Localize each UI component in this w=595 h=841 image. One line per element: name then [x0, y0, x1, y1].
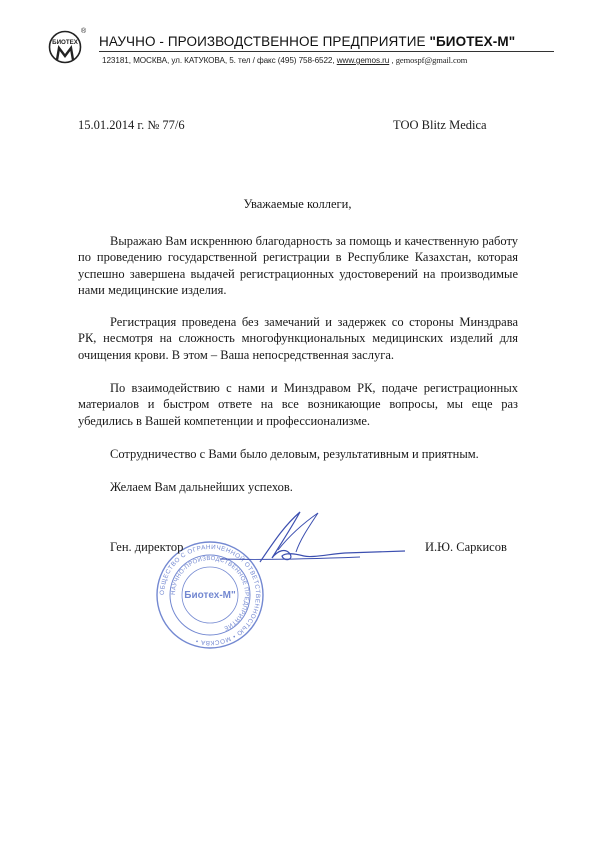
address: 123181, МОСКВА, ул. КАТУКОВА, 5. тел / ф…	[102, 56, 337, 65]
registered-mark: ®	[81, 28, 86, 35]
signature-scribble-icon	[220, 510, 410, 570]
salutation: Уважаемые коллеги,	[0, 197, 595, 212]
body-paragraph: По взаимодействию с нами и Минздравом РК…	[78, 380, 518, 429]
letterhead-divider	[99, 51, 554, 52]
body-paragraph: Сотрудничество с Вами было деловым, резу…	[78, 446, 518, 462]
email-address[interactable]: gemospf@gmail.com	[396, 55, 468, 65]
recipient: ТОО Blitz Medica	[393, 118, 487, 133]
body-paragraph: Регистрация проведена без замечаний и за…	[78, 314, 518, 363]
svg-text:БИОТЕХ: БИОТЕХ	[52, 39, 79, 46]
brand-name: "БИОТЕХ-М"	[429, 34, 515, 49]
svg-text:Биотех-М": Биотех-М"	[184, 590, 236, 601]
contact-line: 123181, МОСКВА, ул. КАТУКОВА, 5. тел / ф…	[102, 55, 467, 65]
body-paragraph: Выражаю Вам искреннюю благодарность за п…	[78, 233, 518, 298]
signatory-title: Ген. директор	[110, 540, 183, 555]
letterhead: БИОТЕХ ® НАУЧНО - ПРОИЗВОДСТВЕННОЕ ПРЕДП…	[44, 28, 554, 73]
body-paragraph: Желаем Вам дальнейших успехов.	[78, 479, 518, 495]
company-logo-icon: БИОТЕХ	[48, 30, 82, 64]
organization-name: НАУЧНО - ПРОИЗВОДСТВЕННОЕ ПРЕДПРИЯТИЕ "Б…	[99, 34, 515, 49]
signatory-name: И.Ю. Саркисов	[425, 540, 507, 555]
website-link[interactable]: www.gemos.ru	[337, 56, 390, 65]
document-date-number: 15.01.2014 г. № 77/6	[78, 118, 185, 133]
